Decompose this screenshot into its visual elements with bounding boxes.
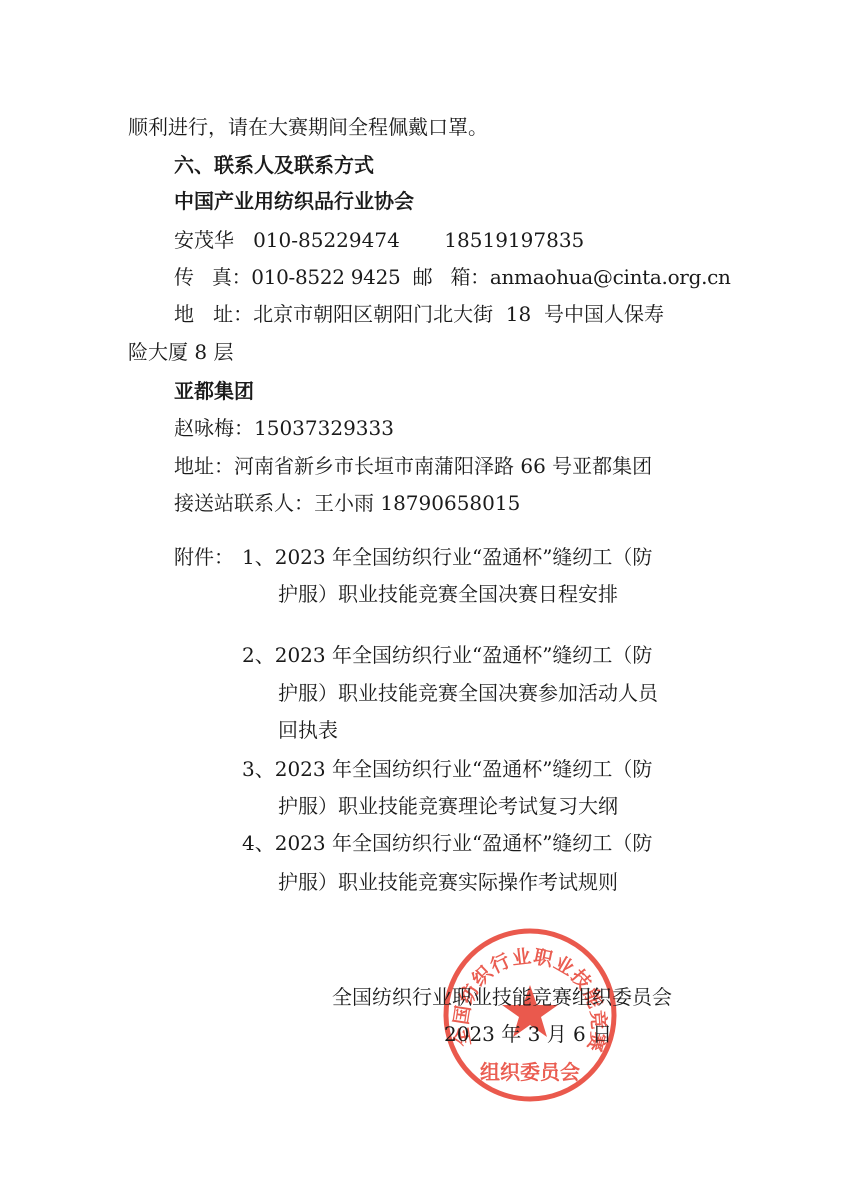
org1-name: 中国产业用纺织品行业协会 [174, 188, 414, 214]
org2-contact: 赵咏梅：15037329333 [174, 415, 394, 441]
attachment-4-line2: 护服）职业技能竞赛实际操作考试规则 [278, 869, 618, 895]
attachment-4-line1: 4、2023 年全国纺织行业“盈通杯”缝纫工（防 [242, 830, 652, 856]
signature-date: 2023 年 3 月 6 日 [444, 1021, 612, 1047]
paragraph-continuation: 顺利进行，请在大赛期间全程佩戴口罩。 [128, 114, 488, 140]
attachment-2-line2: 护服）职业技能竞赛全国决赛参加活动人员 [278, 680, 658, 706]
attachments-label: 附件： [174, 544, 234, 570]
seal-bottom-text: 组织委员会 [480, 1060, 580, 1084]
official-seal-icon: 全国纺织行业职业技能竞赛 组织委员会 [442, 927, 618, 1103]
org1-fax-email: 传 真：010-8522 9425 邮 箱：anmaohua@cinta.org… [174, 264, 731, 290]
signature-organization: 全国纺织行业职业技能竞赛组织委员会 [332, 984, 672, 1010]
attachment-2-line3: 回执表 [278, 717, 338, 743]
org2-pickup-contact: 接送站联系人：王小雨 18790658015 [174, 490, 520, 516]
section-heading: 六、联系人及联系方式 [174, 152, 374, 178]
attachment-3-line1: 3、2023 年全国纺织行业“盈通杯”缝纫工（防 [242, 756, 652, 782]
org1-address-line2: 险大厦 8 层 [128, 339, 233, 365]
attachment-3-line2: 护服）职业技能竞赛理论考试复习大纲 [278, 793, 618, 819]
org2-name: 亚都集团 [174, 378, 254, 404]
attachment-2-line1: 2、2023 年全国纺织行业“盈通杯”缝纫工（防 [242, 642, 652, 668]
org1-contact: 安茂华 010-85229474 18519197835 [174, 227, 584, 253]
org1-address-line1: 地 址：北京市朝阳区朝阳门北大街 18 号中国人保寿 [174, 301, 664, 327]
attachment-1-line2: 护服）职业技能竞赛全国决赛日程安排 [278, 581, 618, 607]
attachment-1-line1: 1、2023 年全国纺织行业“盈通杯”缝纫工（防 [242, 544, 652, 570]
org2-address: 地址：河南省新乡市长垣市南蒲阳泽路 66 号亚都集团 [174, 453, 652, 479]
